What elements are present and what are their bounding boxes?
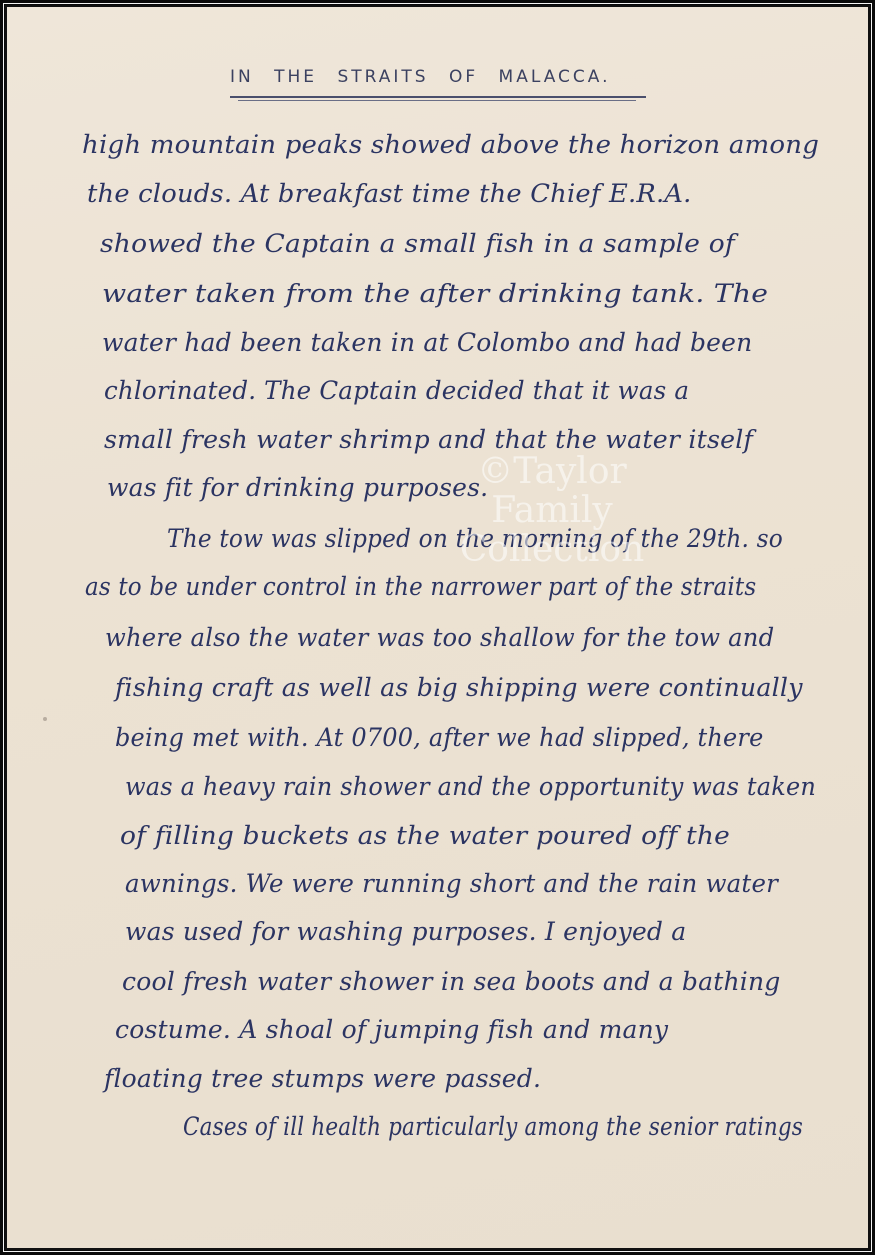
text-line: showed the Captain a small fish in a sam… (100, 229, 735, 258)
text-line: was used for washing purposes. I enjoyed… (125, 917, 686, 946)
text-line: chlorinated. The Captain decided that it… (104, 376, 689, 405)
text-line: cool fresh water shower in sea boots and… (122, 967, 780, 996)
text-line: awnings. We were running short and the r… (125, 869, 778, 898)
text-line: being met with. At 0700, after we had sl… (115, 723, 763, 752)
text-line: fishing craft as well as big shipping we… (115, 673, 803, 702)
text-line: floating tree stumps were passed. (104, 1064, 541, 1093)
text-line: where also the water was too shallow for… (105, 623, 774, 652)
text-line: The tow was slipped on the morning of th… (167, 524, 783, 553)
text-line: Cases of ill health particularly among t… (183, 1112, 803, 1141)
text-line: of filling buckets as the water poured o… (120, 821, 730, 850)
text-line: was fit for drinking purposes. (107, 473, 488, 502)
text-line: high mountain peaks showed above the hor… (82, 130, 819, 159)
text-line: water had been taken in at Colombo and h… (102, 328, 752, 357)
text-line: as to be under control in the narrower p… (85, 572, 756, 601)
image-frame: IN THE STRAITS OF MALACCA. high mountain… (0, 0, 875, 1255)
handwritten-page: IN THE STRAITS OF MALACCA. high mountain… (7, 7, 868, 1248)
text-line: costume. A shoal of jumping fish and man… (115, 1015, 668, 1044)
paper-speck (43, 717, 47, 721)
text-line: small fresh water shrimp and that the wa… (104, 425, 753, 454)
text-line: water taken from the after drinking tank… (102, 279, 768, 308)
text-line: the clouds. At breakfast time the Chief … (87, 179, 692, 208)
handwritten-body: high mountain peaks showed above the hor… (7, 7, 868, 1248)
text-line: was a heavy rain shower and the opportun… (125, 772, 816, 801)
